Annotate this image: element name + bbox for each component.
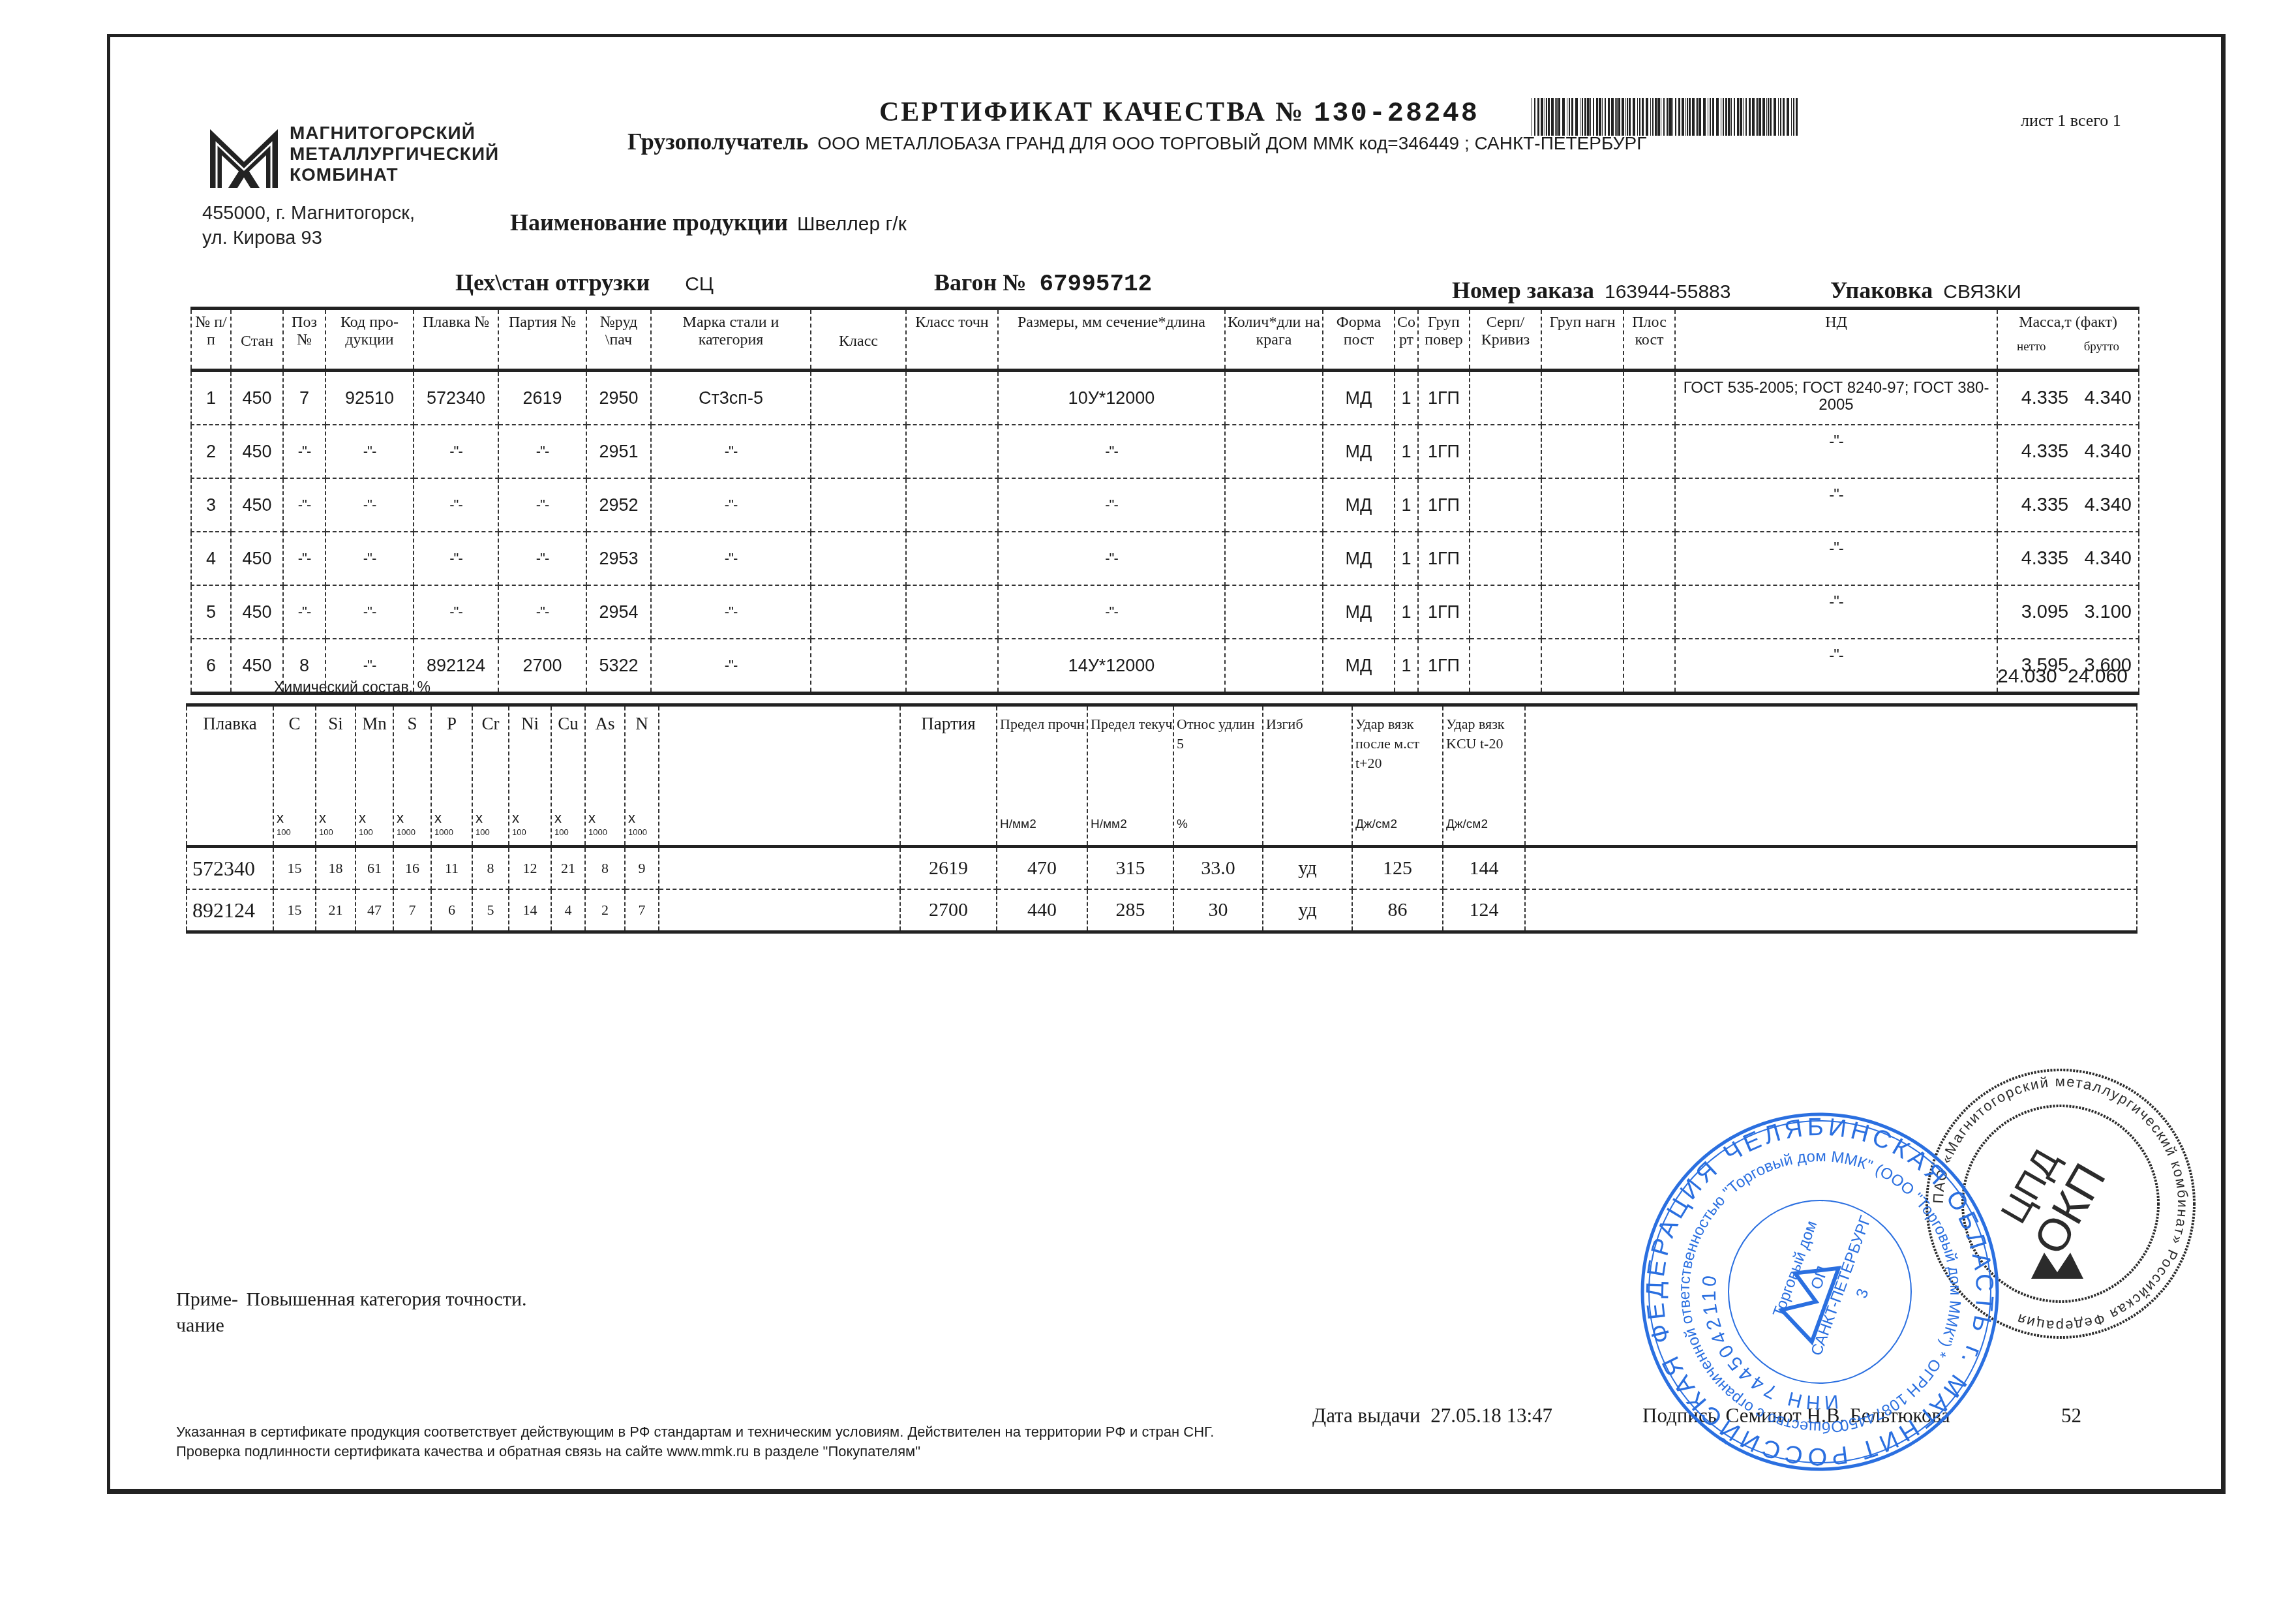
cell-element: 8 xyxy=(585,847,625,890)
cell-grp xyxy=(1541,478,1624,532)
cell-camber xyxy=(1470,532,1541,585)
col-header: Партия № xyxy=(498,309,586,371)
cell-mech: 144 xyxy=(1443,847,1525,890)
cell-nd: ГОСТ 535-2005; ГОСТ 8240-97; ГОСТ 380-20… xyxy=(1675,371,1997,425)
col-header: Размеры, мм сечение*длина xyxy=(998,309,1225,371)
cell-lot: -"- xyxy=(498,425,586,478)
packing-row: Упаковка СВЯЗКИ xyxy=(1830,277,2021,304)
cell-surf: 1ГП xyxy=(1418,371,1470,425)
cell-pos: -"- xyxy=(283,425,325,478)
cell-mech: уд xyxy=(1263,847,1352,890)
wagon-number: 67995712 xyxy=(1039,271,1152,298)
cell-lot: -"- xyxy=(498,585,586,639)
cell-mass: 3.095 3.100 xyxy=(1997,585,2139,639)
cell-lot: -"- xyxy=(498,532,586,585)
cell-bundle: 2954 xyxy=(586,585,651,639)
cell-bundle: 2951 xyxy=(586,425,651,478)
cell-mass: 4.335 4.340 xyxy=(1997,532,2139,585)
cell-n: 5 xyxy=(191,585,231,639)
col-header: Стан xyxy=(231,309,283,371)
cell-size: -"- xyxy=(998,478,1225,532)
col-header-element: Crx100 xyxy=(472,705,509,847)
cell-mech: 125 xyxy=(1352,847,1443,890)
col-header: Форма пост xyxy=(1323,309,1395,371)
order-row: Номер заказа 163944-55883 xyxy=(1452,277,1731,304)
cell-element: 9 xyxy=(625,847,659,890)
cell-nd: -"- xyxy=(1675,478,1997,532)
page-code: 52 xyxy=(2061,1404,2081,1427)
cell-element: 6 xyxy=(431,889,472,932)
company-address: 455000, г. Магнитогорск, ул. Кирова 93 xyxy=(202,201,415,251)
cell-heat: 572340 xyxy=(187,847,273,890)
table-row: 3450-"--"--"--"-2952-"--"-МД11ГП-"-4.335… xyxy=(191,478,2139,532)
cell-grade: Ст3сп-5 xyxy=(651,371,811,425)
cell-nd: -"- xyxy=(1675,585,1997,639)
cell-element: 5 xyxy=(472,889,509,932)
cell-bundle: 5322 xyxy=(586,639,651,694)
table-row: 145079251057234026192950Ст3сп-510У*12000… xyxy=(191,371,2139,425)
cell-acc xyxy=(906,478,998,532)
cell-acc xyxy=(906,639,998,694)
cell-qty xyxy=(1225,371,1323,425)
table-header-row: № п/п Стан Поз № Код про-дукции Плавка №… xyxy=(191,309,2139,371)
col-header-element: Px1000 xyxy=(431,705,472,847)
cell-blank xyxy=(1525,889,2137,932)
cell-lot: 2700 xyxy=(498,639,586,694)
table-row: 89212415214776514427270044028530уд86124 xyxy=(187,889,2137,932)
cell-camber xyxy=(1470,371,1541,425)
wagon-row: Вагон № 67995712 xyxy=(934,269,1152,298)
col-header-mech: Изгиб xyxy=(1263,705,1352,847)
cell-element: 7 xyxy=(625,889,659,932)
col-header-heat: Плавка xyxy=(187,705,273,847)
cell-grp xyxy=(1541,532,1624,585)
cell-size: 14У*12000 xyxy=(998,639,1225,694)
shop-row: Цех\стан отгрузки СЦ xyxy=(455,269,714,296)
cell-sort: 1 xyxy=(1395,532,1418,585)
col-header-element: Sx1000 xyxy=(393,705,431,847)
cell-camber xyxy=(1470,585,1541,639)
product-name: Швеллер г/к xyxy=(797,213,907,235)
col-header-element: Cx100 xyxy=(273,705,316,847)
table-row: 2450-"--"--"--"-2951-"--"-МД11ГП-"-4.335… xyxy=(191,425,2139,478)
blue-round-stamp-icon: РОССИЙСКАЯ ФЕДЕРАЦИЯ ЧЕЛЯБИНСКАЯ ОБЛАСТЬ… xyxy=(1637,1109,2002,1474)
col-header: Класс xyxy=(811,309,906,371)
cell-mech: 470 xyxy=(997,847,1087,890)
cell-grade: -"- xyxy=(651,425,811,478)
cell-form: МД xyxy=(1323,425,1395,478)
chem-header-row: ПлавкаCx100Six100Mnx100Sx1000Px1000Crx10… xyxy=(187,705,2137,847)
cell-cls xyxy=(811,585,906,639)
col-header-element: Asx1000 xyxy=(585,705,625,847)
cell-mass: 4.335 4.340 xyxy=(1997,425,2139,478)
cell-element: 47 xyxy=(355,889,393,932)
cell-acc xyxy=(906,425,998,478)
cell-acc xyxy=(906,371,998,425)
cell-grade: -"- xyxy=(651,478,811,532)
cell-element: 16 xyxy=(393,847,431,890)
cell-surf: 1ГП xyxy=(1418,639,1470,694)
cell-element: 8 xyxy=(472,847,509,890)
legal-notice: Указанная в сертификате продукция соотве… xyxy=(176,1422,1214,1461)
table-row: 64508-"-89212427005322-"-14У*12000МД11ГП… xyxy=(191,639,2139,694)
cell-surf: 1ГП xyxy=(1418,478,1470,532)
cell-mech: 86 xyxy=(1352,889,1443,932)
cell-flat xyxy=(1624,371,1675,425)
cell-heat: -"- xyxy=(414,532,498,585)
cell-mech: 285 xyxy=(1087,889,1173,932)
cell-lot: 2619 xyxy=(900,847,997,890)
col-header-element: Nx1000 xyxy=(625,705,659,847)
cell-mech: уд xyxy=(1263,889,1352,932)
cell-sort: 1 xyxy=(1395,585,1418,639)
cell-element: 4 xyxy=(551,889,585,932)
chem-mech-table: ПлавкаCx100Six100Mnx100Sx1000Px1000Crx10… xyxy=(186,703,2137,934)
col-header: Плос кост xyxy=(1624,309,1675,371)
cell-grade: -"- xyxy=(651,532,811,585)
cell-lot: 2700 xyxy=(900,889,997,932)
cell-form: МД xyxy=(1323,371,1395,425)
cell-flat xyxy=(1624,478,1675,532)
sheet-count: лист 1 всего 1 xyxy=(2021,111,2121,130)
shop-value: СЦ xyxy=(685,273,714,295)
cell-code: -"- xyxy=(325,425,414,478)
note: Приме- Повышенная категория точности. ча… xyxy=(176,1287,526,1339)
col-header: Колич*дли на крага xyxy=(1225,309,1323,371)
cell-nd: -"- xyxy=(1675,532,1997,585)
cell-cls xyxy=(811,639,906,694)
cell-form: МД xyxy=(1323,639,1395,694)
cell-cls xyxy=(811,425,906,478)
cell-mill: 450 xyxy=(231,425,283,478)
col-header-element: Nix100 xyxy=(509,705,551,847)
cell-element: 21 xyxy=(316,889,355,932)
cell-qty xyxy=(1225,639,1323,694)
cell-camber xyxy=(1470,425,1541,478)
col-header: Код про-дукции xyxy=(325,309,414,371)
col-header-mech: Удар вязк после м.ст t+20Дж/см2 xyxy=(1352,705,1443,847)
cell-surf: 1ГП xyxy=(1418,585,1470,639)
cell-qty xyxy=(1225,585,1323,639)
table-row: 5450-"--"--"--"-2954-"--"-МД11ГП-"-3.095… xyxy=(191,585,2139,639)
company-name: МАГНИТОГОРСКИЙ МЕТАЛЛУРГИЧЕСКИЙ КОМБИНАТ xyxy=(290,123,499,185)
cell-element: 15 xyxy=(273,847,316,890)
note-label: Приме- xyxy=(176,1287,241,1313)
cell-nd: -"- xyxy=(1675,425,1997,478)
cell-mech: 30 xyxy=(1173,889,1263,932)
cell-sort: 1 xyxy=(1395,639,1418,694)
cell-n: 4 xyxy=(191,532,231,585)
cell-mill: 450 xyxy=(231,585,283,639)
cell-flat xyxy=(1624,532,1675,585)
cell-code: -"- xyxy=(325,478,414,532)
cell-grp xyxy=(1541,425,1624,478)
product-row: Наименование продукции Швеллер г/к xyxy=(510,209,907,236)
cell-heat: 892124 xyxy=(187,889,273,932)
consignee: ООО МЕТАЛЛОБАЗА ГРАНД ДЛЯ ООО ТОРГОВЫЙ Д… xyxy=(817,133,1646,153)
cell-qty xyxy=(1225,478,1323,532)
cell-element: 12 xyxy=(509,847,551,890)
cell-code: -"- xyxy=(325,532,414,585)
cell-blank xyxy=(659,847,900,890)
col-header: Со рт xyxy=(1395,309,1418,371)
order-number: 163944-55883 xyxy=(1605,281,1731,303)
cell-cls xyxy=(811,532,906,585)
col-header-lot: Партия xyxy=(900,705,997,847)
col-header-element: Cux100 xyxy=(551,705,585,847)
cell-element: 7 xyxy=(393,889,431,932)
consignee-row: Грузополучатель ООО МЕТАЛЛОБАЗА ГРАНД ДЛ… xyxy=(627,128,1646,155)
cell-size: -"- xyxy=(998,532,1225,585)
cell-heat: -"- xyxy=(414,425,498,478)
cell-heat: 572340 xyxy=(414,371,498,425)
cell-code: -"- xyxy=(325,585,414,639)
certificate-title: СЕРТИФИКАТ КАЧЕСТВА № 130-28248 xyxy=(879,97,1479,129)
col-header-mech: Предел текучН/мм2 xyxy=(1087,705,1173,847)
chem-table-title: Химический состав, % xyxy=(274,679,430,696)
cell-n: 6 xyxy=(191,639,231,694)
cell-bundle: 2952 xyxy=(586,478,651,532)
col-header: № п/п xyxy=(191,309,231,371)
cell-acc xyxy=(906,532,998,585)
mmk-logo-icon xyxy=(207,124,280,189)
col-header: Марка стали и категория xyxy=(651,309,811,371)
col-header-blank xyxy=(1525,705,2137,847)
cell-blank xyxy=(1525,847,2137,890)
cell-blank xyxy=(659,889,900,932)
cell-form: МД xyxy=(1323,532,1395,585)
cell-size: 10У*12000 xyxy=(998,371,1225,425)
table-row: 4450-"--"--"--"-2953-"--"-МД11ГП-"-4.335… xyxy=(191,532,2139,585)
cell-element: 21 xyxy=(551,847,585,890)
col-header: Класс точн xyxy=(906,309,998,371)
cell-mill: 450 xyxy=(231,532,283,585)
cell-lot: 2619 xyxy=(498,371,586,425)
cell-pos: -"- xyxy=(283,585,325,639)
cell-mill: 450 xyxy=(231,478,283,532)
col-header-mech: Предел прочнН/мм2 xyxy=(997,705,1087,847)
cell-n: 2 xyxy=(191,425,231,478)
cell-camber xyxy=(1470,478,1541,532)
note-text: Повышенная категория точности. xyxy=(247,1289,527,1310)
cell-surf: 1ГП xyxy=(1418,532,1470,585)
cell-grade: -"- xyxy=(651,639,811,694)
cell-mass: 4.335 4.340 xyxy=(1997,371,2139,425)
cell-cls xyxy=(811,371,906,425)
cell-acc xyxy=(906,585,998,639)
cell-pos: -"- xyxy=(283,478,325,532)
mass-totals: 24.030 24.060 xyxy=(1997,665,2128,688)
cell-bundle: 2950 xyxy=(586,371,651,425)
col-header: Поз № xyxy=(283,309,325,371)
cell-form: МД xyxy=(1323,478,1395,532)
cell-mech: 33.0 xyxy=(1173,847,1263,890)
col-header-blank xyxy=(659,705,900,847)
cell-camber xyxy=(1470,639,1541,694)
cell-size: -"- xyxy=(998,585,1225,639)
cell-mech: 315 xyxy=(1087,847,1173,890)
col-header: Груп нагн xyxy=(1541,309,1624,371)
cell-qty xyxy=(1225,532,1323,585)
cell-pos: -"- xyxy=(283,532,325,585)
cell-size: -"- xyxy=(998,425,1225,478)
col-header: №руд \пач xyxy=(586,309,651,371)
cell-flat xyxy=(1624,585,1675,639)
cell-surf: 1ГП xyxy=(1418,425,1470,478)
cell-qty xyxy=(1225,425,1323,478)
cell-n: 1 xyxy=(191,371,231,425)
cell-n: 3 xyxy=(191,478,231,532)
col-header-element: Mnx100 xyxy=(355,705,393,847)
col-header: Серп/ Кривиз xyxy=(1470,309,1541,371)
col-header-mech: Удар вязк KCU t-20Дж/см2 xyxy=(1443,705,1525,847)
cell-grade: -"- xyxy=(651,585,811,639)
cell-heat: -"- xyxy=(414,585,498,639)
cell-form: МД xyxy=(1323,585,1395,639)
cell-sort: 1 xyxy=(1395,371,1418,425)
cell-element: 11 xyxy=(431,847,472,890)
cell-mech: 124 xyxy=(1443,889,1525,932)
cell-lot: -"- xyxy=(498,478,586,532)
cell-flat xyxy=(1624,639,1675,694)
col-header-mass: Масса,т (факт) неттобрутто xyxy=(1997,309,2139,371)
cell-element: 61 xyxy=(355,847,393,890)
cell-flat xyxy=(1624,425,1675,478)
cell-bundle: 2953 xyxy=(586,532,651,585)
table-row: 57234015186116118122189261947031533.0уд1… xyxy=(187,847,2137,890)
svg-text:3: 3 xyxy=(1853,1287,1873,1301)
packing-value: СВЯЗКИ xyxy=(1943,281,2021,303)
cell-grp xyxy=(1541,371,1624,425)
cell-nd: -"- xyxy=(1675,639,1997,694)
cell-grp xyxy=(1541,585,1624,639)
shipment-table: № п/п Стан Поз № Код про-дукции Плавка №… xyxy=(190,307,2139,695)
col-header-element: Six100 xyxy=(316,705,355,847)
cell-pos: 7 xyxy=(283,371,325,425)
issue-date: Дата выдачи 27.05.18 13:47 xyxy=(1312,1404,1552,1427)
cell-element: 2 xyxy=(585,889,625,932)
cell-mill: 450 xyxy=(231,371,283,425)
col-header: Плавка № xyxy=(414,309,498,371)
cell-sort: 1 xyxy=(1395,478,1418,532)
cell-element: 15 xyxy=(273,889,316,932)
total-gross: 24.060 xyxy=(2068,665,2128,687)
cell-cls xyxy=(811,478,906,532)
cell-element: 14 xyxy=(509,889,551,932)
cell-mass: 4.335 4.340 xyxy=(1997,478,2139,532)
cell-grp xyxy=(1541,639,1624,694)
col-header-mech: Относ удлин 5% xyxy=(1173,705,1263,847)
col-header: НД xyxy=(1675,309,1997,371)
cell-heat: -"- xyxy=(414,478,498,532)
cell-sort: 1 xyxy=(1395,425,1418,478)
total-net: 24.030 xyxy=(1997,665,2057,687)
cell-mech: 440 xyxy=(997,889,1087,932)
cell-code: 92510 xyxy=(325,371,414,425)
certificate-number: 130-28248 xyxy=(1314,98,1479,129)
col-header: Груп повер xyxy=(1418,309,1470,371)
cell-element: 18 xyxy=(316,847,355,890)
